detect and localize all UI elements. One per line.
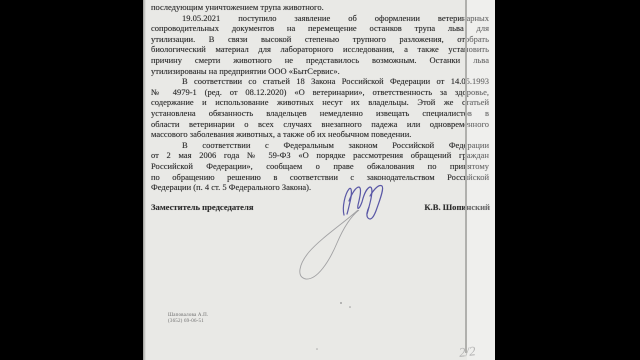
executor-footnote: Шаповалова А.П. (3652) 69-06-51 bbox=[168, 313, 208, 325]
document-line: Российской Федерации», сообщаем о праве … bbox=[151, 161, 489, 172]
ink-dot bbox=[349, 306, 351, 308]
document-body: последующим уничтожением трупа животного… bbox=[151, 2, 489, 193]
document-line: содержание и использование животных несу… bbox=[151, 97, 489, 108]
document-line: по обращению решению в соответствии с за… bbox=[151, 172, 489, 183]
scanned-document-page: последующим уничтожением трупа животного… bbox=[143, 0, 495, 360]
fold-line bbox=[465, 0, 467, 353]
signer-position-title: Заместитель председателя bbox=[151, 202, 253, 212]
signer-name: К.В. Шопинский bbox=[424, 202, 490, 212]
video-frame: последующим уничтожением трупа животного… bbox=[0, 0, 640, 360]
document-line: Федерации (п. 4 ст. 5 Федерального Закон… bbox=[151, 182, 489, 193]
document-line: 19.05.2021 поступило заявление об оформл… bbox=[151, 13, 489, 24]
document-line: от 2 мая 2006 года № 59-ФЗ «О порядке ра… bbox=[151, 150, 489, 161]
signature-block: Заместитель председателя К.В. Шопинский bbox=[151, 202, 490, 212]
ink-dot bbox=[316, 348, 318, 350]
document-line: В соответствии со статьей 18 Закона Росс… bbox=[151, 76, 489, 87]
document-line: последующим уничтожением трупа животного… bbox=[151, 2, 489, 13]
executor-phone: (3652) 69-06-51 bbox=[168, 319, 208, 325]
document-line: утилизированы на предприятии ООО «БытСер… bbox=[151, 66, 489, 77]
ink-dot bbox=[340, 302, 342, 304]
document-line: В соответствии с Федеральным законом Рос… bbox=[151, 140, 489, 151]
document-line: № 4979-1 (ред. от 08.12.2020) «О ветерин… bbox=[151, 87, 489, 98]
document-line: биологический материал для лабораторного… bbox=[151, 44, 489, 55]
signature-pencil-loop bbox=[300, 210, 359, 279]
document-line: области ветеринарии о всех случаях внеза… bbox=[151, 119, 489, 130]
document-line: установлена обязанность владельцев немед… bbox=[151, 108, 489, 119]
page-number: 2/2 bbox=[458, 343, 476, 360]
document-line: причину смерти животного не представилос… bbox=[151, 55, 489, 66]
document-line: утилизации. В связи высокой степенью тру… bbox=[151, 34, 489, 45]
document-line: сопроводительных документов на перемещен… bbox=[151, 23, 489, 34]
document-line: массового заболевания животных, а также … bbox=[151, 129, 489, 140]
